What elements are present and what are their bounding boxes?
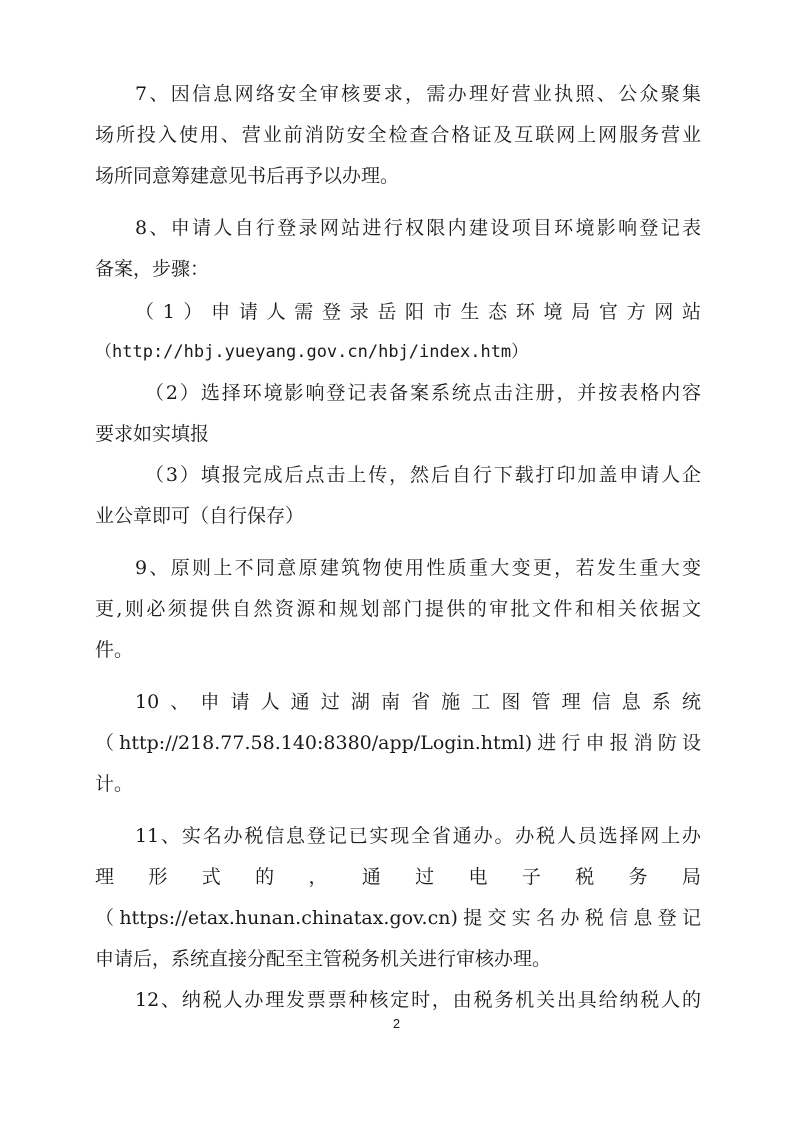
text-line: 场所投入使用、营业前消防安全检查合格证及互联网上网服务营业 — [95, 120, 701, 150]
text-line: （3）填报完成后点击上传，然后自行下载打印加盖申请人企 — [145, 460, 701, 490]
text-line: 申请后，系统直接分配至主管税务机关进行审核办理。 — [95, 944, 701, 974]
text-line: （http://218.77.58.140:8380/app/Login.htm… — [95, 728, 701, 758]
text-line: 11、实名办税信息登记已实现全省通办。办税人员选择网上办 — [135, 821, 701, 851]
text-line: 备案，步骤： — [95, 254, 701, 284]
text-line: 要求如实填报 — [95, 419, 701, 449]
text-line: 8、申请人自行登录网站进行权限内建设项目环境影响登记表 — [135, 213, 701, 243]
text-line: 业公章即可（自行保存） — [95, 501, 701, 531]
text-line: 12、纳税人办理发票票种核定时，由税务机关出具给纳税人的 — [135, 985, 701, 1015]
text-line: 计。 — [95, 769, 701, 799]
text-line: 场所同意筹建意见书后再予以办理。 — [95, 161, 701, 191]
document-page: 7、因信息网络安全审核要求，需办理好营业执照、公众聚集场所投入使用、营业前消防安… — [0, 0, 793, 1122]
text-line: （2）选择环境影响登记表备案系统点击注册，并按表格内容 — [145, 378, 701, 408]
text-line: 理 形 式 的 ， 通 过 电 子 税 务 局 — [95, 862, 701, 892]
text-line: 10、申请人通过湖南省施工图管理信息系统 — [135, 687, 701, 717]
text-line: 7、因信息网络安全审核要求，需办理好营业执照、公众聚集 — [135, 79, 701, 109]
page-number: 2 — [0, 1016, 793, 1031]
text-line: 更,则必须提供自然资源和规划部门提供的审批文件和相关依据文 — [95, 594, 701, 624]
text-line: 件。 — [95, 635, 701, 665]
text-line: 9、原则上不同意原建筑物使用性质重大变更，若发生重大变 — [135, 553, 701, 583]
text-line: （1）申请人需登录岳阳市生态环境局官方网站 — [135, 297, 701, 327]
text-line: （https://etax.hunan.chinatax.gov.cn)提交实名… — [95, 903, 701, 933]
text-line: （http://hbj.yueyang.gov.cn/hbj/index.htm… — [95, 337, 701, 367]
